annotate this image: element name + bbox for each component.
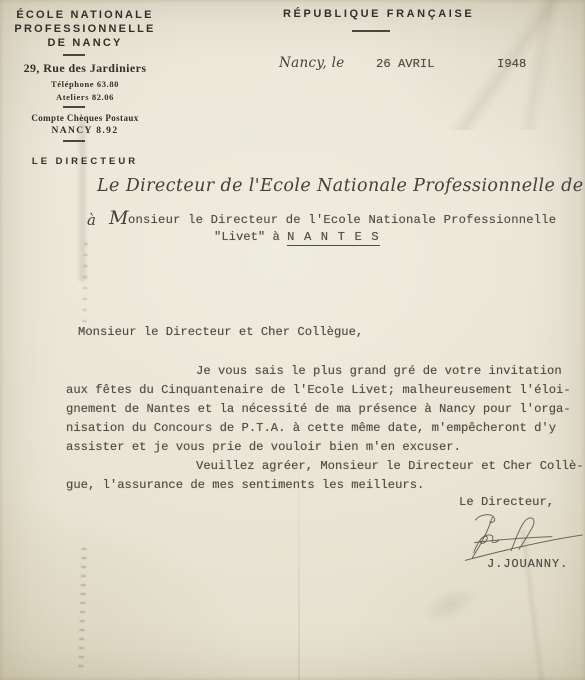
school-name-line: PROFESSIONNELLE	[6, 22, 164, 36]
letterhead-divider	[63, 54, 85, 56]
date-place: Nancy, le	[279, 55, 345, 71]
postal-account-number: NANCY 8.92	[6, 126, 164, 136]
address-line: 29, Rue des Jardiniers	[6, 61, 164, 76]
body-line: gnement de Nantes et la nécessité de ma …	[66, 400, 585, 419]
body-line: Veuillez agréer, Monsieur le Directeur e…	[66, 457, 585, 476]
workshops-line: Ateliers 82.06	[6, 92, 164, 102]
postal-account-label: Compte Chèques Postaux	[6, 113, 164, 123]
recipient-initial: M	[109, 207, 128, 229]
body-line: aux fêtes du Cinquantenaire de l'Ecole L…	[66, 381, 585, 400]
republic-divider	[352, 30, 390, 32]
bleed-through-marks	[82, 243, 88, 333]
recipient-line2: "Livet" à N A N T E S	[214, 230, 380, 244]
republic-title: RÉPUBLIQUE FRANÇAISE	[283, 8, 474, 20]
signature-flourish	[511, 518, 534, 551]
school-name-line: DE NANCY	[6, 36, 164, 50]
recipient-line: onsieur le Directeur de l'Ecole National…	[128, 213, 556, 227]
date-day-month: 26 AVRIL	[376, 57, 435, 71]
bleed-through-marks	[78, 548, 86, 674]
sender-script-line: Le Directeur de l'Ecole Nationale Profes…	[97, 176, 585, 196]
recipient-school-quote: "Livet" à	[214, 230, 287, 244]
date-year: I948	[497, 57, 526, 71]
signature-flourish	[474, 537, 552, 543]
body-line: assister et je vous prie de vouloir bien…	[66, 438, 585, 457]
body-paragraph: Je vous sais le plus grand gré de votre …	[66, 362, 585, 495]
letterhead-block: ÉCOLE NATIONALE PROFESSIONNELLE DE NANCY…	[6, 8, 164, 167]
signature-name: J.JOUANNY.	[487, 557, 568, 571]
scanned-letter-page: ÉCOLE NATIONALE PROFESSIONNELLE DE NANCY…	[0, 0, 585, 680]
school-name-line: ÉCOLE NATIONALE	[6, 8, 164, 22]
letterhead-divider	[63, 140, 85, 142]
telephone-line: Téléphone 63.80	[6, 79, 164, 89]
body-line: Je vous sais le plus grand gré de votre …	[66, 362, 585, 381]
recipient-city: N A N T E S	[287, 230, 380, 246]
body-line: nisation du Concours de P.T.A. à cette m…	[66, 419, 585, 438]
letterhead-divider	[63, 106, 85, 108]
body-line: gue, l'assurance de mes sentiments les m…	[66, 476, 585, 495]
body-salutation: Monsieur le Directeur et Cher Collègue,	[78, 325, 363, 339]
recipient-prefix: à	[87, 211, 96, 229]
paper-stain	[416, 579, 483, 632]
director-label: LE DIRECTEUR	[6, 156, 164, 167]
